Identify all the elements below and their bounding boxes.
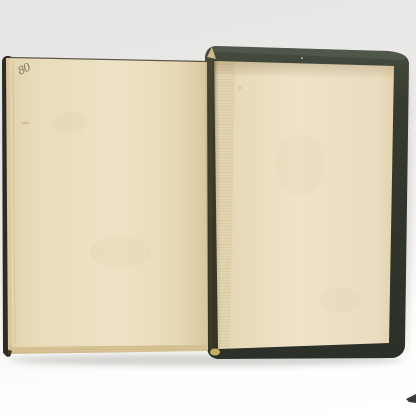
corner-object xyxy=(406,394,416,403)
right-page xyxy=(214,61,394,349)
open-book-illustration: 80 xyxy=(0,0,416,416)
cover-speck xyxy=(301,57,303,59)
book: 80 xyxy=(2,46,409,359)
book-photo: Open vintage hardcover book with blank a… xyxy=(0,0,416,416)
left-page xyxy=(10,57,207,347)
spine-tailband xyxy=(210,349,220,356)
